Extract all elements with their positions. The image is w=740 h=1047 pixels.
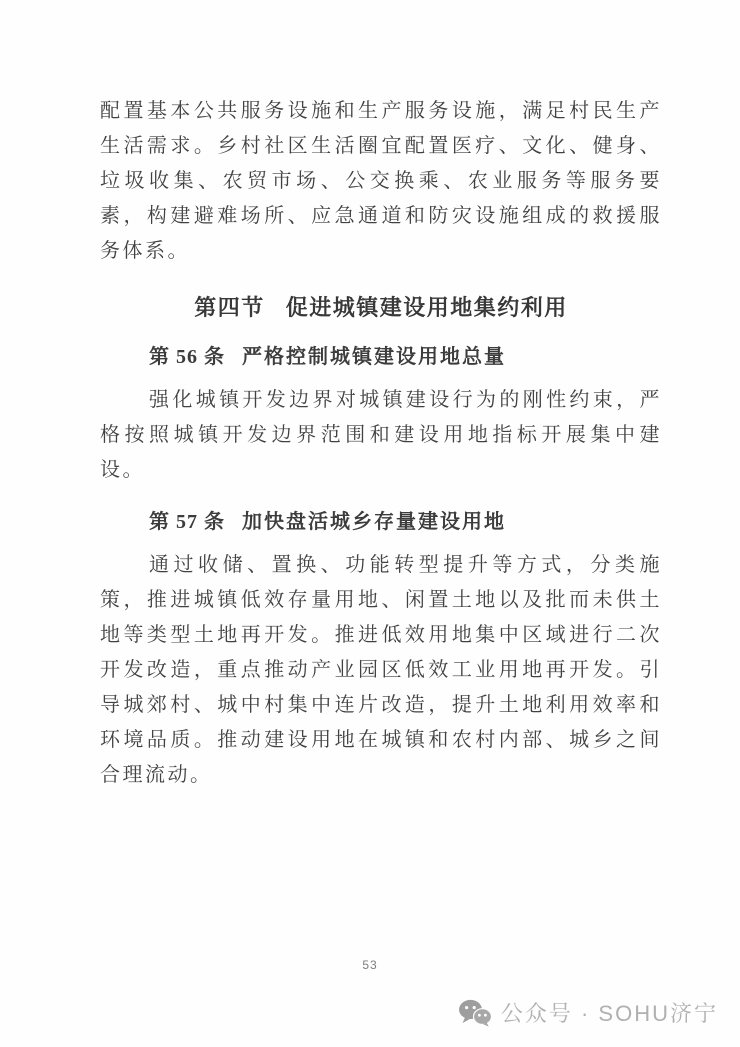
page-number: 53: [0, 958, 740, 972]
article-57-heading: 第 57 条加快盘活城乡存量建设用地: [100, 505, 662, 540]
wechat-icon: [458, 999, 492, 1027]
document-page: 配置基本公共服务设施和生产服务设施，满足村民生产生活需求。乡村社区生活圈宜配置医…: [0, 0, 740, 1047]
paragraph-continuation: 配置基本公共服务设施和生产服务设施，满足村民生产生活需求。乡村社区生活圈宜配置医…: [100, 94, 662, 269]
article-57-title: 加快盘活城乡存量建设用地: [242, 511, 506, 533]
page-content: 配置基本公共服务设施和生产服务设施，满足村民生产生活需求。乡村社区生活圈宜配置医…: [100, 94, 662, 793]
article-56-number: 第 56 条: [149, 346, 225, 368]
article-57-number: 第 57 条: [149, 511, 225, 533]
section-heading: 第四节促进城镇建设用地集约利用: [100, 293, 662, 323]
footer-brand-text: 公众号 · SOHU济宁: [501, 997, 718, 1028]
article-57-body: 通过收储、置换、功能转型提升等方式，分类施策，推进城镇低效存量用地、闲置土地以及…: [100, 548, 662, 793]
article-56-heading: 第 56 条严格控制城镇建设用地总量: [100, 340, 662, 375]
section-number: 第四节: [194, 295, 265, 320]
article-56-body: 强化城镇开发边界对城镇建设行为的刚性约束，严格按照城镇开发边界范围和建设用地指标…: [100, 383, 662, 488]
article-56-title: 严格控制城镇建设用地总量: [242, 346, 506, 368]
section-title: 促进城镇建设用地集约利用: [286, 295, 568, 320]
footer-watermark: 公众号 · SOHU济宁: [458, 997, 718, 1028]
